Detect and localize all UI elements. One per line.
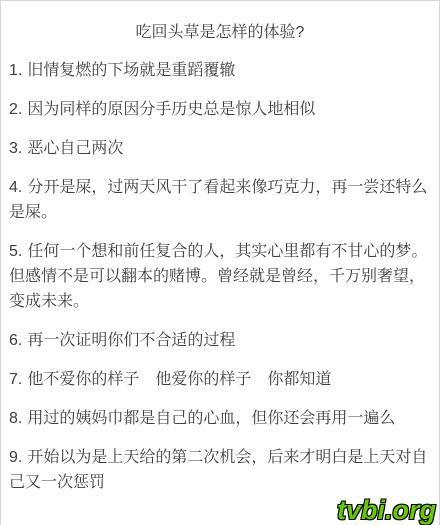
item-number: 7. <box>9 371 22 388</box>
list-item: 9.开始以为是上天给的第二次机会，后来才明白是上天对自己又一次惩罚 <box>9 445 431 495</box>
list-item: 2.因为同样的原因分手历史总是惊人地相似 <box>9 97 431 122</box>
watermark: tvbi.org <box>337 495 436 525</box>
list-item: 4.分开是屎，过两天风干了看起来像巧克力，再一尝还特么是屎。 <box>9 175 431 225</box>
list-item: 1.旧情复燃的下场就是重蹈覆辙 <box>9 58 431 83</box>
item-number: 1. <box>9 62 22 79</box>
item-text: 他不爱你的样子 他爱你的样子 你都知道 <box>27 371 331 388</box>
list-item: 6.再一次证明你们不合适的过程 <box>9 328 431 353</box>
item-text: 因为同样的原因分手历史总是惊人地相似 <box>27 101 315 118</box>
item-text: 任何一个想和前任复合的人，其实心里都有不甘心的梦。但感情不是可以翻本的赌博。曾经… <box>9 243 427 310</box>
list-item: 8.用过的姨妈巾都是自己的心血，但你还会再用一遍么 <box>9 406 431 431</box>
item-text: 分开是屎，过两天风干了看起来像巧克力，再一尝还特么是屎。 <box>9 179 427 221</box>
item-number: 9. <box>9 449 22 466</box>
item-number: 3. <box>9 140 22 157</box>
list-item: 7.他不爱你的样子 他爱你的样子 你都知道 <box>9 367 431 392</box>
item-text: 恶心自己两次 <box>27 140 123 157</box>
item-number: 2. <box>9 101 22 118</box>
item-number: 4. <box>9 179 22 196</box>
item-text: 旧情复燃的下场就是重蹈覆辙 <box>27 62 235 79</box>
post-content: 吃回头草是怎样的体验? 1.旧情复燃的下场就是重蹈覆辙 2.因为同样的原因分手历… <box>1 20 439 495</box>
item-number: 5. <box>9 243 22 260</box>
item-number: 6. <box>9 332 22 349</box>
page-title: 吃回头草是怎样的体验? <box>9 20 431 45</box>
item-number: 8. <box>9 410 22 427</box>
list-item: 5.任何一个想和前任复合的人，其实心里都有不甘心的梦。但感情不是可以翻本的赌博。… <box>9 239 431 314</box>
list-item: 3.恶心自己两次 <box>9 136 431 161</box>
post-screenshot: 吃回头草是怎样的体验? 1.旧情复燃的下场就是重蹈覆辙 2.因为同样的原因分手历… <box>0 0 440 525</box>
item-text: 再一次证明你们不合适的过程 <box>27 332 235 349</box>
item-text: 用过的姨妈巾都是自己的心血，但你还会再用一遍么 <box>27 410 395 427</box>
item-text: 开始以为是上天给的第二次机会，后来才明白是上天对自己又一次惩罚 <box>9 449 427 491</box>
